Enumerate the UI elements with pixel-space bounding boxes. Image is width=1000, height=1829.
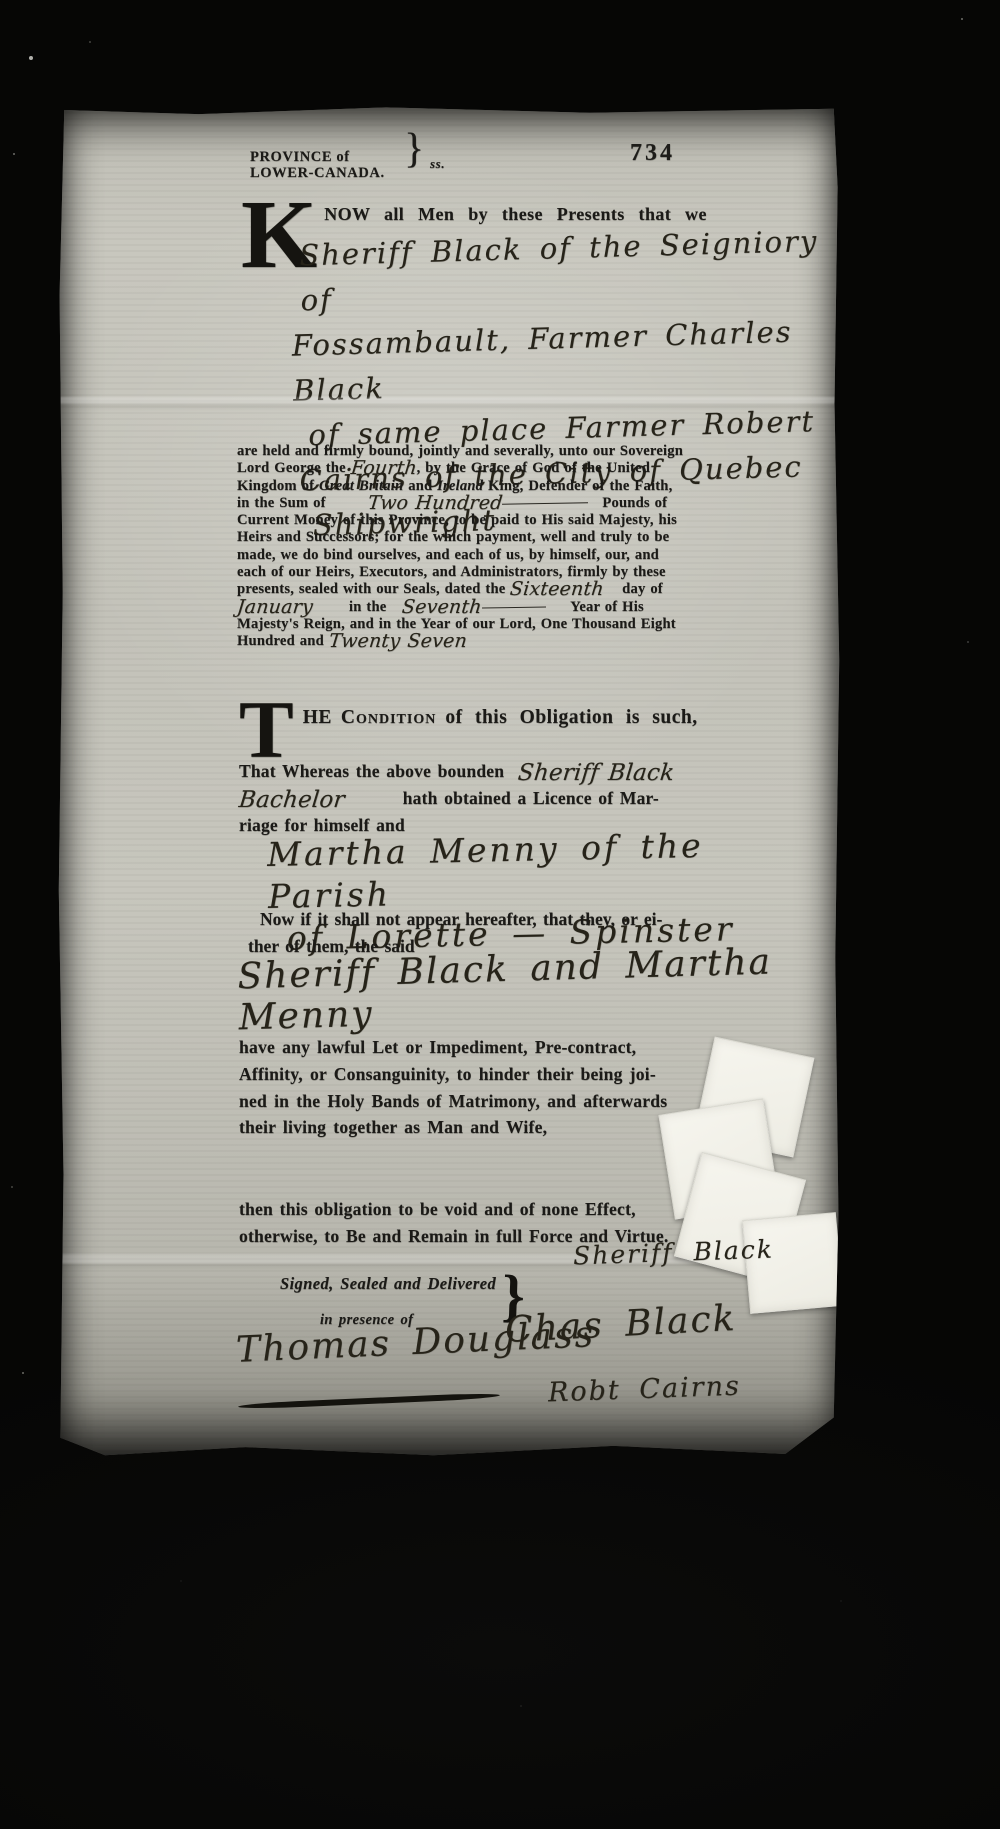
text-line: That Whereas the above boundenSheriff Bl… <box>239 758 674 785</box>
bond-clause: are held and firmly bound, jointly and s… <box>237 443 683 651</box>
text-line: Lord George the Fourth, by the Grace of … <box>237 460 683 477</box>
named-parties-handwritten: Sheriff Black and Martha Menny <box>237 940 841 1039</box>
impediment-clause: have any lawful Let or Impediment, Pre-c… <box>239 1034 667 1141</box>
jurisdiction-abbreviation: ss. <box>430 156 445 172</box>
condition-heading-rest: of this Obligation is such, <box>445 707 697 728</box>
scan-background: PROVINCE of LOWER-CANADA. } ss. 734 K NO… <box>0 0 1000 1829</box>
text-line: Hundred and Twenty Seven <box>237 633 683 650</box>
province-line1: PROVINCE of <box>250 150 385 166</box>
text-line: Januaryin theSeventhYear of His <box>237 599 683 616</box>
text-line: in the Sum ofTwo HundredPounds of <box>237 495 683 512</box>
handwritten-line: Sheriff Black of the Seigniory of <box>299 218 838 323</box>
text-line: Bachelorhath obtained a Licence of Mar- <box>239 785 674 812</box>
document-paper: PROVINCE of LOWER-CANADA. } ss. 734 K NO… <box>58 106 840 1458</box>
text-line: made, we do bind ourselves, and each of … <box>237 547 683 564</box>
signed-sealed-label: Signed, Sealed and Delivered <box>280 1274 496 1294</box>
dropcap-T: T <box>239 698 294 762</box>
province-line2: LOWER-CANADA. <box>250 166 385 182</box>
text-line: Heirs and Successors; for the which paym… <box>237 529 683 546</box>
printed-line: Affinity, or Consanguinity, to hinder th… <box>239 1061 667 1088</box>
handwritten-line: Martha Menny of the Parish <box>267 822 841 918</box>
dust-specks <box>0 0 2 2</box>
witness-signature-flourish <box>238 1392 500 1409</box>
condition-heading-text: HEConditionof this Obligation is such, <box>239 698 759 729</box>
printed-line: Now if it shall not appear hereafter, th… <box>248 906 662 933</box>
condition-word-the: HE <box>303 707 332 728</box>
surety-signature-2: Robt Cairns <box>548 1371 742 1409</box>
text-line: Current Money of this Province, to be pa… <box>237 512 683 529</box>
printed-line: have any lawful Let or Impediment, Pre-c… <box>239 1034 667 1061</box>
printed-line: ned in the Holy Bands of Matrimony, and … <box>239 1088 667 1115</box>
handwritten-line: Fossambault, Farmer Charles Black <box>291 308 840 413</box>
condition-heading: T HEConditionof this Obligation is such, <box>239 698 759 762</box>
text-line: are held and firmly bound, jointly and s… <box>237 443 683 460</box>
jurisdiction-brace: } <box>404 142 425 158</box>
condition-word-condition: Condition <box>341 707 436 728</box>
text-line: each of our Heirs, Executors, and Admini… <box>237 564 683 581</box>
surety-signature-1: Chas Black <box>504 1298 737 1351</box>
printed-line: then this obligation to be void and of n… <box>239 1196 669 1223</box>
page-number: 734 <box>630 140 675 167</box>
province-heading: PROVINCE of LOWER-CANADA. } ss. <box>250 150 385 181</box>
printed-line: their living together as Man and Wife, <box>239 1114 667 1141</box>
